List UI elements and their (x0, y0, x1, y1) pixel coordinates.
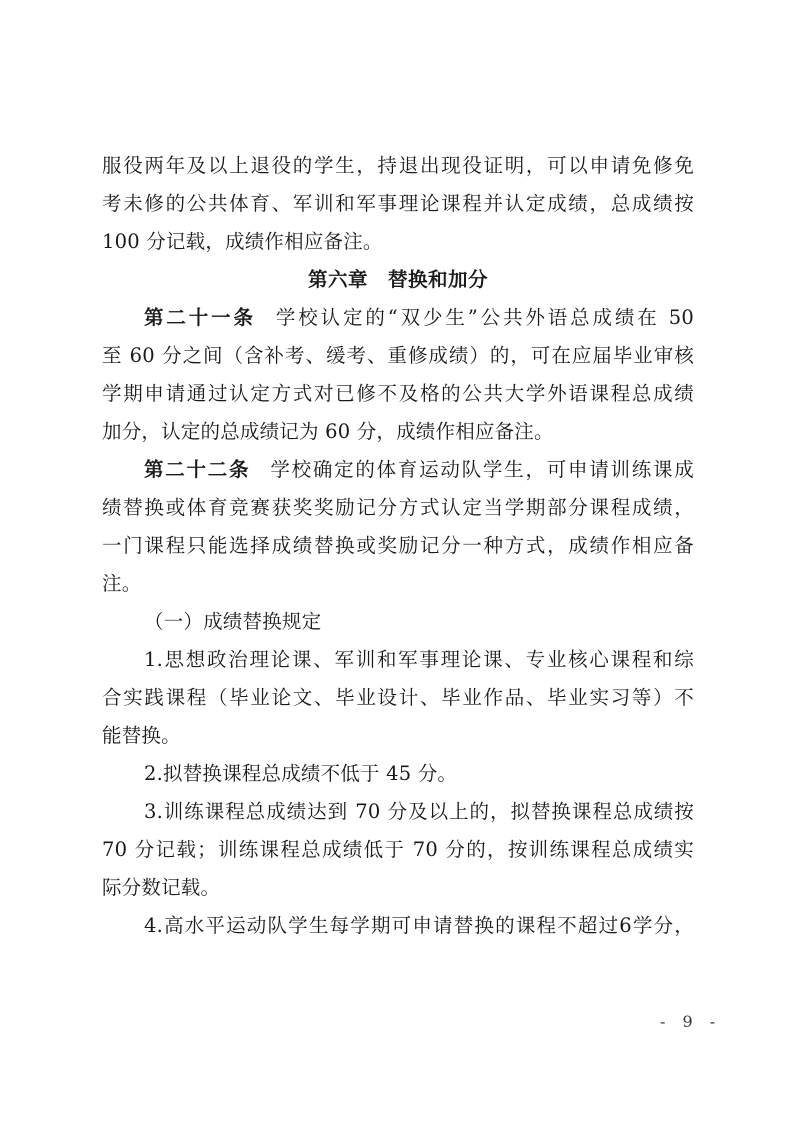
article-21-first-line: 第二十一条学校认定的“双少生”公共外语总成绩在 50 (102, 299, 694, 337)
item-1-line: 能替换。 (102, 717, 694, 755)
paragraph-line: 100 分记载，成绩作相应备注。 (102, 223, 694, 261)
paragraph-line: 学期申请通过认定方式对已修不及格的公共大学外语课程总成绩 (102, 375, 694, 413)
item-1-line: 1.思想政治理论课、军训和军事理论课、专业核心课程和综 (102, 641, 694, 679)
paragraph-line: 考未修的公共体育、军训和军事理论课程并认定成绩，总成绩按 (102, 185, 694, 223)
paragraph-line: 注。 (102, 565, 694, 603)
article-22-heading: 第二十二条 (144, 458, 250, 481)
paragraph-line: 加分，认定的总成绩记为 60 分，成绩作相应备注。 (102, 413, 694, 451)
article-21-text: 学校认定的“双少生”公共外语总成绩在 50 (276, 306, 694, 329)
item-4-line: 4.高水平运动队学生每学期可申请替换的课程不超过6学分， (102, 907, 694, 945)
item-3-line: 3.训练课程总成绩达到 70 分及以上的，拟替换课程总成绩按 (102, 793, 694, 831)
item-3-line: 70 分记载；训练课程总成绩低于 70 分的，按训练课程总成绩实 (102, 831, 694, 869)
article-22-text: 学校确定的体育运动队学生，可申请训练课成 (270, 458, 694, 481)
paragraph-line: 一门课程只能选择成绩替换或奖励记分一种方式，成绩作相应备 (102, 527, 694, 565)
item-2-line: 2.拟替换课程总成绩不低于 45 分。 (102, 755, 694, 793)
document-page: 服役两年及以上退役的学生，持退出现役证明，可以申请免修免 考未修的公共体育、军训… (102, 147, 694, 945)
chapter-number: 第六章 (308, 268, 368, 291)
section-heading: （一）成绩替换规定 (102, 603, 694, 641)
paragraph-line: 至 60 分之间（含补考、缓考、重修成绩）的，可在应届毕业审核 (102, 337, 694, 375)
chapter-title: 替换和加分 (388, 268, 488, 291)
paragraph-line: 绩替换或体育竞赛获奖奖励记分方式认定当学期部分课程成绩， (102, 489, 694, 527)
page-number: - 9 - (660, 1012, 721, 1031)
chapter-heading: 第六章替换和加分 (102, 261, 694, 299)
article-21-heading: 第二十一条 (144, 306, 256, 329)
item-1-line: 合实践课程（毕业论文、毕业设计、毕业作品、毕业实习等）不 (102, 679, 694, 717)
paragraph-line: 服役两年及以上退役的学生，持退出现役证明，可以申请免修免 (102, 147, 694, 185)
item-3-line: 际分数记载。 (102, 869, 694, 907)
article-22-first-line: 第二十二条学校确定的体育运动队学生，可申请训练课成 (102, 451, 694, 489)
